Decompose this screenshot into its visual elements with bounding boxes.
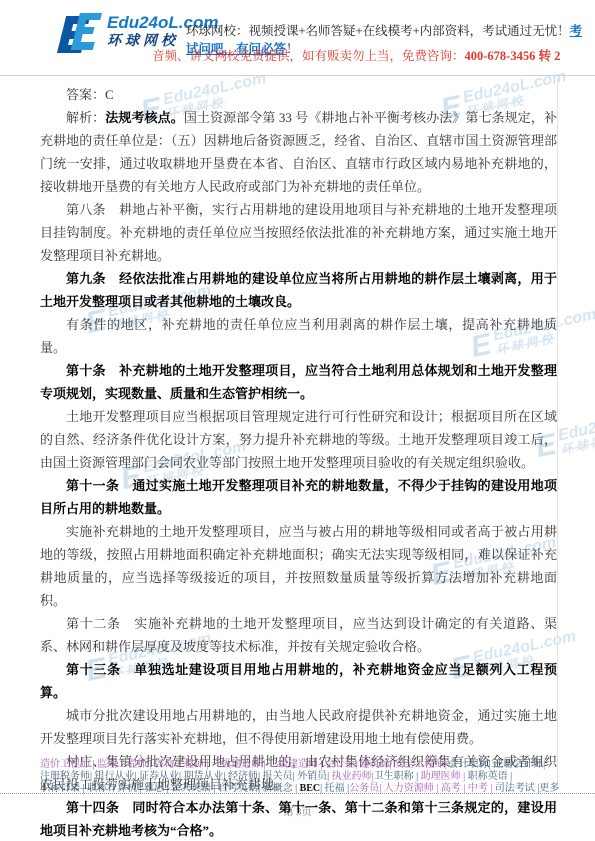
footer-link-separator: |	[293, 783, 300, 794]
paragraph: 第十四条 同时符合本办法第十条、第十一条、第十二条和第十三条规定的，建设用地项目…	[40, 796, 557, 841]
footer-link[interactable]: 中考	[468, 783, 488, 794]
header-notice: 音频、讲义网校免费提供，如有贩卖勿上当，免费咨询：400-678-3456 转 …	[152, 46, 572, 64]
paragraph-text: 土地开发整理项目应当根据项目管理规定进行可行性研究和设计；根据项目所在区域的自然…	[40, 409, 557, 470]
footer-link[interactable]: 职称计算机	[87, 783, 137, 794]
footer-link-separator: |	[80, 783, 87, 794]
footer-link[interactable]: 人力资源师	[384, 783, 434, 794]
paragraph-text: 第十三条 单独选址建设项目用地占用耕地的，补充耕地资金应当足额列入工程预算。	[40, 662, 557, 700]
footer-link[interactable]: 职称英语	[468, 771, 508, 782]
footer-link-separator: |	[414, 771, 421, 782]
footer-link[interactable]: 自考英语	[218, 783, 258, 794]
paragraph-text: 第九条 经依法批准占用耕地的建设单位应当将所占用耕地的耕作层土壤剥离，用于土地开…	[40, 271, 557, 309]
paragraph-text: 第十条 补充耕地的土地开发整理项目，应当符合土地利用总体规划和土地开发整理专项规…	[40, 363, 557, 401]
paragraph-text: 第十一条 通过实施土地开发整理项目补充的耕地数量，不得少于挂钩的建设用地项目所占…	[40, 478, 557, 516]
footer-link[interactable]: 银行从业	[95, 771, 135, 782]
paragraph-text: 第十四条 同时符合本办法第十条、第十一条、第十二条和第十三条规定的，建设用地项目…	[40, 800, 557, 838]
footer-link-row: 注册税务师| 银行从业| 证券从业| 期货从业| 经济师| 报关员| 外销员| …	[40, 771, 560, 783]
footer-links: 造价工程师 | 监理工程师 | 咨询工程师 | 一级建造师 | 二级建造师 | …	[40, 759, 560, 795]
paragraph: 第八条 耕地占补平衡，实行占用耕地的建设用地项目与补充耕地的土地开发整理项目挂钩…	[40, 198, 557, 267]
tagline-text: 环球网校：视频授课+名师答疑+在线模考+内部资料，考试通过无忧！	[186, 24, 570, 38]
watermark-brand: Edu24oL.com	[557, 407, 595, 444]
footer-link[interactable]: 注册会计师	[493, 759, 543, 770]
document-page: EEdu24oL.com环球网校EEdu24oL.com环球网校EEdu24oL…	[0, 0, 595, 841]
footer-link[interactable]: 新概念	[263, 783, 293, 794]
paragraph-text: 第十二条 实施补充耕地的土地开发整理项目，应当达到设计确定的有关道路、渠系、林网…	[40, 616, 557, 654]
watermark-brand-cn: 环球网校	[560, 423, 595, 458]
footer-link[interactable]: 报关员	[263, 771, 293, 782]
footer-link-separator: |	[90, 759, 97, 770]
footer-link-separator: |	[211, 783, 218, 794]
footer-link[interactable]: 托福	[325, 783, 345, 794]
paragraph: 有条件的地区，补充耕地的责任单位应当利用剥离的耕作层土壤，提高补充耕地质量。	[40, 313, 557, 359]
footer-link-separator: |	[461, 771, 468, 782]
footer-link[interactable]: 会计职称	[449, 759, 489, 770]
footer-link-separator: |	[543, 759, 545, 770]
paragraph: 第十一条 通过实施土地开发整理项目补充的耕地数量，不得少于挂钩的建设用地项目所占…	[40, 474, 557, 520]
footer-link[interactable]: 注册税务师	[40, 771, 90, 782]
footer-link[interactable]: 雅思	[144, 783, 164, 794]
footer-link[interactable]: 公务员	[349, 783, 379, 794]
footer-link[interactable]: BEC	[300, 783, 321, 794]
header: Edu24oL.com 环球网校 环球网校：视频授课+名师答疑+在线模考+内部资…	[0, 0, 595, 75]
footer-link[interactable]: 执业药师	[332, 771, 372, 782]
footer-link-row: 职称日语 | 职称计算机 | 雅思 | 公共英语 | 自考英语| 新概念 | B…	[40, 783, 560, 795]
footer-link[interactable]: 会计证	[325, 759, 355, 770]
footer-link-separator: |	[488, 783, 495, 794]
footer-link-separator: |	[147, 759, 154, 770]
footer-link[interactable]: 助理医师	[421, 771, 461, 782]
notice-text: 音频、讲义网校免费提供，如有贩卖勿上当，免费咨询：	[152, 49, 465, 63]
footer-link[interactable]: 公共英语	[171, 783, 211, 794]
header-divider	[0, 75, 595, 76]
paragraph-text: 城市分批次建设用地占用耕地的，由当地人民政府提供补充耕地资金，通过实施土地开发整…	[40, 708, 557, 746]
footer-link-separator: |	[164, 783, 171, 794]
footer-link[interactable]: 卫生职称	[374, 771, 414, 782]
paragraph: 土地开发整理项目应当根据项目管理规定进行可行性研究和设计；根据项目所在区域的自然…	[40, 405, 557, 474]
footer-link[interactable]: 更多	[539, 783, 559, 794]
footer-link[interactable]: 高考	[441, 783, 461, 794]
document-body: 答案：C解析：法规考核点。国土资源部令第 33 号《耕地占补平衡考核办法》第七条…	[40, 83, 557, 841]
paragraph-text: 有条件的地区，补充耕地的责任单位应当利用剥离的耕作层土壤，提高补充耕地质量。	[40, 317, 557, 355]
paragraph: 第九条 经依法批准占用耕地的建设单位应当将所占用耕地的耕作层土壤剥离，用于土地开…	[40, 267, 557, 313]
footer-link[interactable]: 证券从业	[139, 771, 179, 782]
paragraph: 解析：法规考核点。国土资源部令第 33 号《耕地占补平衡考核办法》第七条规定，补…	[40, 106, 557, 198]
paragraph: 城市分批次建设用地占用耕地的，由当地人民政府提供补充耕地资金，通过实施土地开发整…	[40, 704, 557, 750]
paragraph: 第十二条 实施补充耕地的土地开发整理项目，应当达到设计确定的有关道路、渠系、林网…	[40, 612, 557, 658]
footer-link[interactable]: 建筑师	[360, 759, 390, 770]
right-page-rule	[557, 78, 558, 790]
paragraph-text: 解析：	[66, 110, 105, 125]
footer-link-separator: |	[261, 759, 268, 770]
footer-link[interactable]: 期货从业	[184, 771, 224, 782]
footer-link-row: 造价工程师 | 监理工程师 | 咨询工程师 | 一级建造师 | 二级建造师 | …	[40, 759, 560, 771]
footer-link[interactable]: 外销员	[297, 771, 327, 782]
footer-link[interactable]: 职称日语	[40, 783, 80, 794]
footer-link-separator: |	[434, 783, 441, 794]
paragraph-text: 答案：C	[66, 87, 114, 102]
paragraph-text: 法规考核点。	[105, 110, 184, 125]
footer-link-separator: |	[461, 783, 468, 794]
paragraph: 第十三条 单独选址建设项目用地占用耕地的，补充耕地资金应当足额列入工程预算。	[40, 658, 557, 704]
footer-link-separator: |	[508, 771, 513, 782]
footer-link-separator: |	[137, 783, 144, 794]
footer-link[interactable]: 监理工程师	[97, 759, 147, 770]
footer-link[interactable]: 造价工程师	[40, 759, 90, 770]
double-e-logo-icon	[57, 13, 103, 60]
footer-link[interactable]: 一级建造师	[211, 759, 261, 770]
paragraph: 答案：C	[40, 83, 557, 106]
footer-link[interactable]: 咨询工程师	[154, 759, 204, 770]
footer-link[interactable]: 安全工程师	[394, 759, 444, 770]
phone-number: 400-678-3456 转 2	[465, 49, 561, 63]
paragraph: 第十条 补充耕地的土地开发整理项目，应当符合土地利用总体规划和土地开发整理专项规…	[40, 359, 557, 405]
paragraph-text: 实施补充耕地的土地开发整理项目，应当与被占用的耕地等级相同或者高于被占用耕地的等…	[40, 524, 557, 608]
footer-link-separator: |	[204, 759, 211, 770]
footer-link[interactable]: 经济师	[228, 771, 258, 782]
paragraph-text: 第八条 耕地占补平衡，实行占用耕地的建设用地项目与补充耕地的土地开发整理项目挂钩…	[40, 202, 557, 263]
paragraph: 实施补充耕地的土地开发整理项目，应当与被占用的耕地等级相同或者高于被占用耕地的等…	[40, 520, 557, 612]
footer-link[interactable]: 司法考试	[495, 783, 535, 794]
footer-link[interactable]: 二级建造师	[268, 759, 318, 770]
